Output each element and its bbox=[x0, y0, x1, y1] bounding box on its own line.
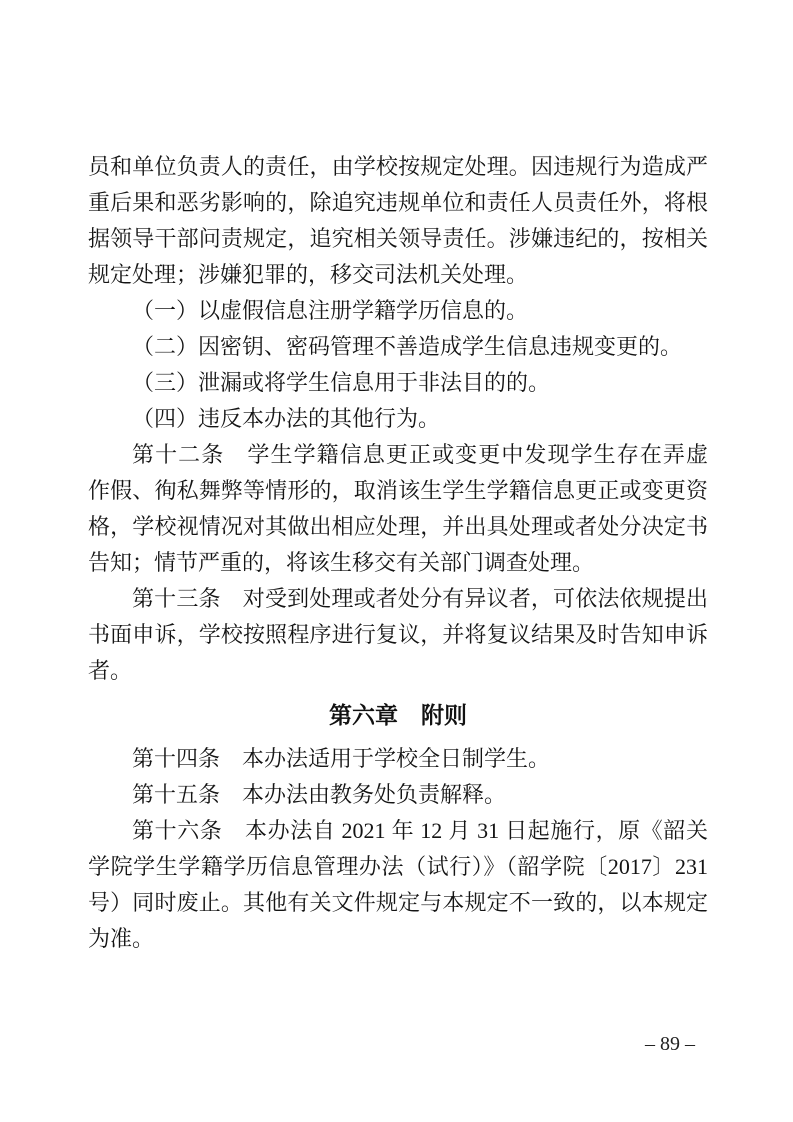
document-blocks: 员和单位负责人的责任，由学校按规定处理。因违规行为造成严重后果和恶劣影响的，除追… bbox=[88, 149, 708, 957]
text-line: （三）泄漏或将学生信息用于非法目的的。 bbox=[88, 365, 708, 401]
page-number: – 89 – bbox=[645, 1032, 695, 1056]
text-line: 告知；情节严重的，将该生移交有关部门调查处理。 bbox=[88, 545, 708, 581]
paragraph: 员和单位负责人的责任，由学校按规定处理。因违规行为造成严重后果和恶劣影响的，除追… bbox=[88, 149, 708, 293]
text-line: 学院学生学籍学历信息管理办法（试行）》（韶学院〔2017〕231 bbox=[88, 849, 708, 885]
paragraph: （一）以虚假信息注册学籍学历信息的。（二）因密钥、密码管理不善造成学生信息违规变… bbox=[88, 293, 708, 437]
text-line: 第十三条 对受到处理或者处分有异议者，可依法依规提出 bbox=[88, 581, 708, 617]
text-line: 据领导干部问责规定，追究相关领导责任。涉嫌违纪的，按相关 bbox=[88, 221, 708, 257]
text-line: 第十五条 本办法由教务处负责解释。 bbox=[88, 777, 708, 813]
paragraph: 第十六条 本办法自 2021 年 12 月 31 日起施行，原《韶关学院学生学籍… bbox=[88, 813, 708, 957]
text-line: 规定处理；涉嫌犯罪的，移交司法机关处理。 bbox=[88, 257, 708, 293]
paragraph: 第十五条 本办法由教务处负责解释。 bbox=[88, 777, 708, 813]
text-line: 作假、徇私舞弊等情形的，取消该生学生学籍信息更正或变更资 bbox=[88, 473, 708, 509]
chapter-heading: 第六章 附则 bbox=[88, 697, 708, 733]
text-line: （四）违反本办法的其他行为。 bbox=[88, 401, 708, 437]
text-line: （二）因密钥、密码管理不善造成学生信息违规变更的。 bbox=[88, 329, 708, 365]
text-line: 第十二条 学生学籍信息更正或变更中发现学生存在弄虚 bbox=[88, 437, 708, 473]
text-line: 书面申诉，学校按照程序进行复议，并将复议结果及时告知申诉 bbox=[88, 617, 708, 653]
text-line: （一）以虚假信息注册学籍学历信息的。 bbox=[88, 293, 708, 329]
text-line: 第十四条 本办法适用于学校全日制学生。 bbox=[88, 741, 708, 777]
text-line: 第十六条 本办法自 2021 年 12 月 31 日起施行，原《韶关 bbox=[88, 813, 708, 849]
text-line: 格，学校视情况对其做出相应处理，并出具处理或者处分决定书 bbox=[88, 509, 708, 545]
document-page: 员和单位负责人的责任，由学校按规定处理。因违规行为造成严重后果和恶劣影响的，除追… bbox=[0, 0, 793, 1122]
text-line: 为准。 bbox=[88, 921, 708, 957]
text-line: 者。 bbox=[88, 653, 708, 689]
text-line: 员和单位负责人的责任，由学校按规定处理。因违规行为造成严 bbox=[88, 149, 708, 185]
paragraph: 第十四条 本办法适用于学校全日制学生。 bbox=[88, 741, 708, 777]
text-line: 号）同时废止。其他有关文件规定与本规定不一致的，以本规定 bbox=[88, 885, 708, 921]
text-line: 重后果和恶劣影响的，除追究违规单位和责任人员责任外，将根 bbox=[88, 185, 708, 221]
paragraph: 第十三条 对受到处理或者处分有异议者，可依法依规提出书面申诉，学校按照程序进行复… bbox=[88, 581, 708, 689]
paragraph: 第十二条 学生学籍信息更正或变更中发现学生存在弄虚作假、徇私舞弊等情形的，取消该… bbox=[88, 437, 708, 581]
